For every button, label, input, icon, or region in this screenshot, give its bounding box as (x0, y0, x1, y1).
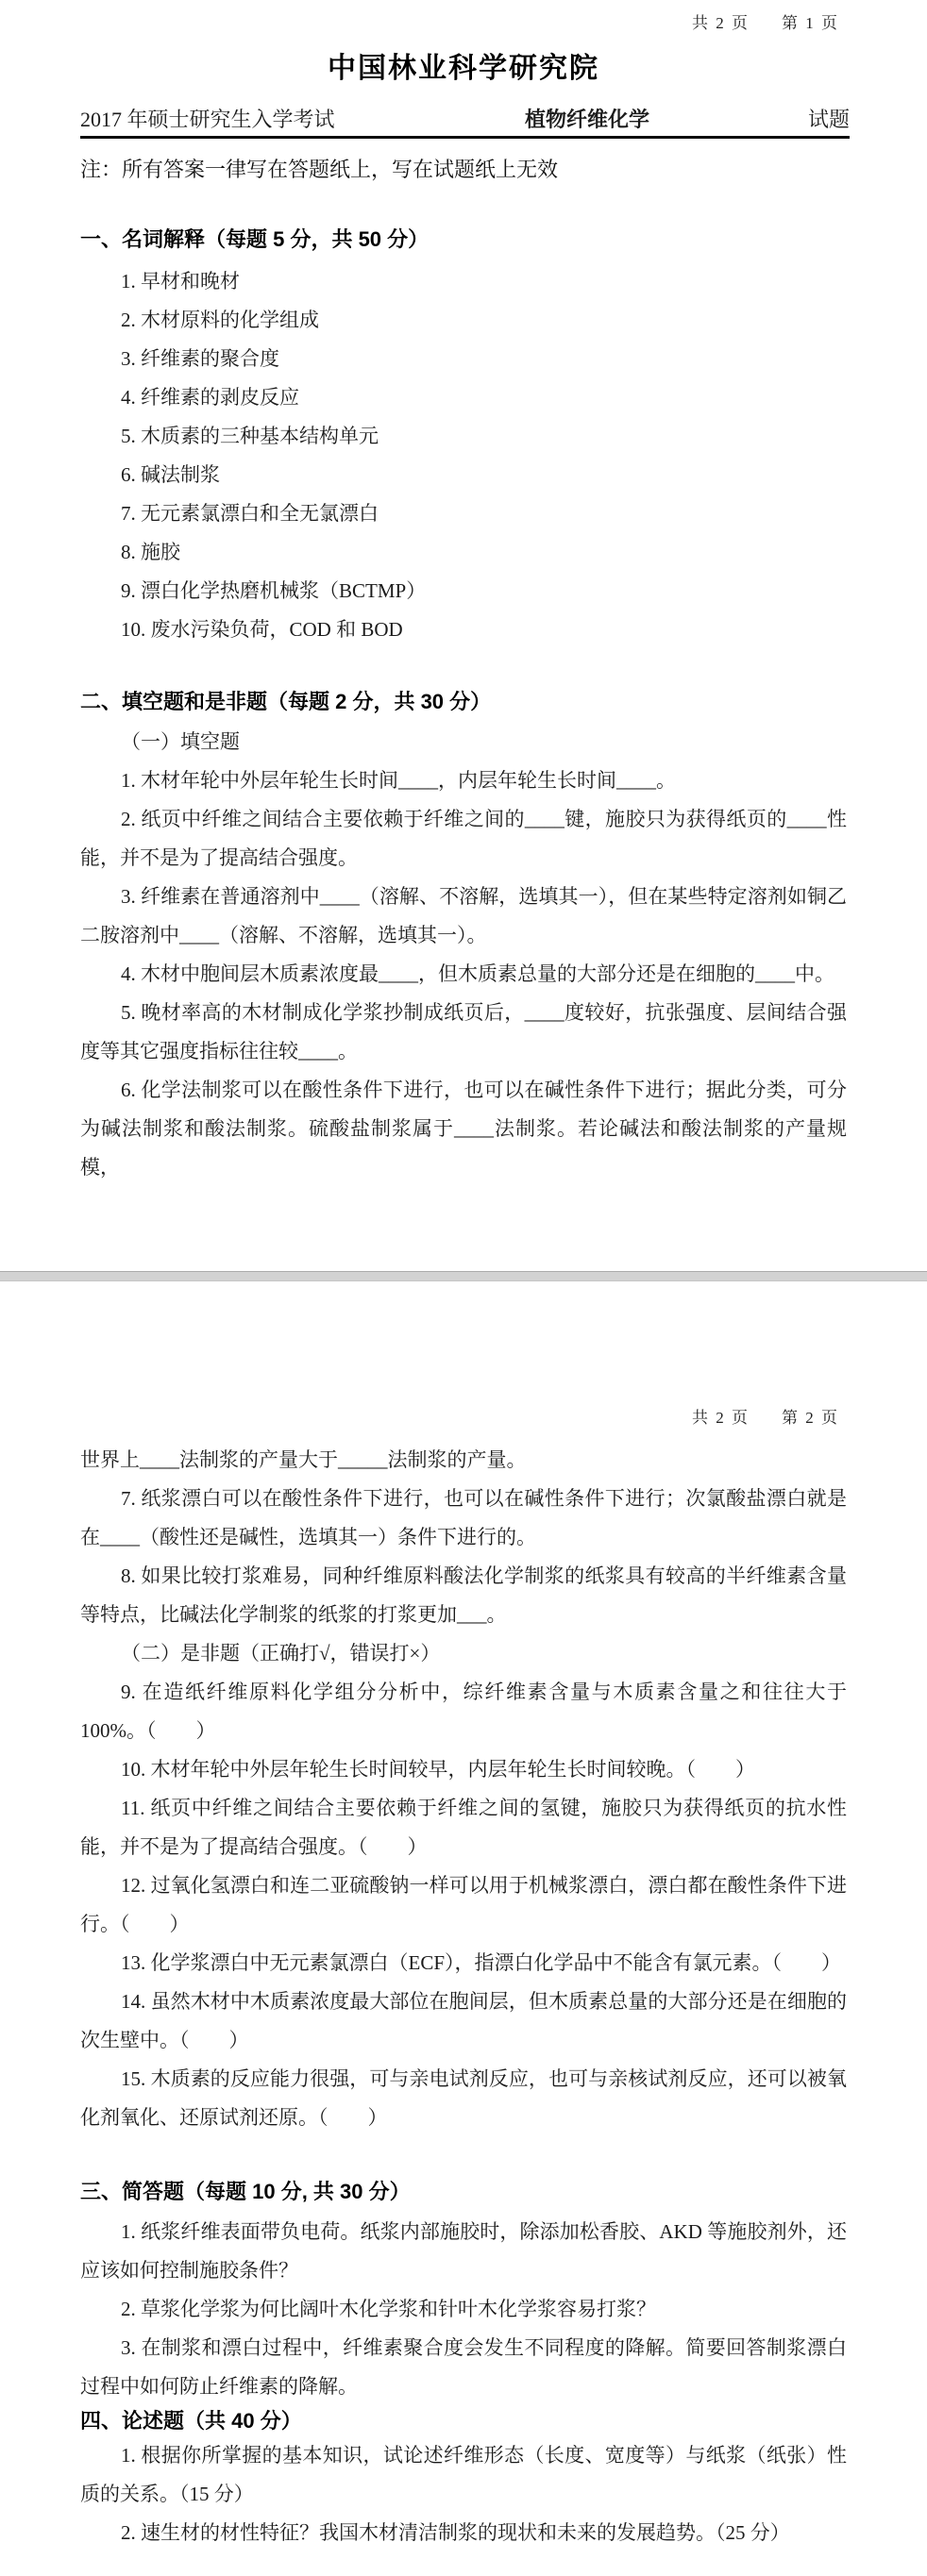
term-item: 5. 木质素的三种基本结构单元 (80, 417, 847, 456)
short-answer-item: 1. 纸浆纤维表面带负电荷。纸浆内部施胶时，除添加松香胶、AKD 等施胶剂外，还… (80, 2213, 847, 2290)
term-item: 10. 废水污染负荷，COD 和 BOD (80, 611, 847, 649)
term-item: 8. 施胶 (80, 533, 847, 572)
page-number-label: 第 2 页 (782, 1409, 839, 1427)
fill-blank-list: 1. 木材年轮中外层年轮生长时间____，内层年轮生长时间____。 2. 纸页… (80, 761, 847, 1187)
exam-paper-label: 试题 (808, 104, 850, 133)
page-header: 共 2 页第 2 页 (0, 1281, 927, 1428)
subsection-truefalse-heading: （二）是非题（正确打√，错误打×） (80, 1634, 847, 1673)
exam-info-line: 2017 年硕士研究生入学考试 植物纤维化学 试题 (80, 104, 850, 139)
fill-blank-list: 7. 纸浆漂白可以在酸性条件下进行，也可以在碱性条件下进行；次氯酸盐漂白就是在_… (80, 1480, 847, 1634)
page-count-label: 共 2 页 (692, 14, 750, 32)
truefalse-item: 11. 纸页中纤维之间结合主要依赖于纤维之间的氢键，施胶只为获得纸页的抗水性能，… (80, 1789, 847, 1866)
term-item: 6. 碱法制浆 (80, 456, 847, 494)
term-list: 1. 早材和晚材 2. 木材原料的化学组成 3. 纤维素的聚合度 4. 纤维素的… (80, 262, 847, 649)
truefalse-item: 15. 木质素的反应能力很强，可与亲电试剂反应，也可与亲核试剂反应，还可以被氧化… (80, 2060, 847, 2137)
section-4-heading: 四、论述题（共 40 分） (80, 2406, 847, 2436)
page-2-content: 世界上____法制浆的产量大于_____法制浆的产量。 7. 纸浆漂白可以在酸性… (80, 1441, 847, 2552)
short-answer-list: 1. 纸浆纤维表面带负电荷。纸浆内部施胶时，除添加松香胶、AKD 等施胶剂外，还… (80, 2213, 847, 2406)
truefalse-item: 10. 木材年轮中外层年轮生长时间较早，内层年轮生长时间较晚。（ ） (80, 1750, 847, 1789)
short-answer-item: 2. 草浆化学浆为何比阔叶木化学浆和针叶木化学浆容易打浆？ (80, 2290, 847, 2329)
fill-item: 7. 纸浆漂白可以在酸性条件下进行，也可以在碱性条件下进行；次氯酸盐漂白就是在_… (80, 1480, 847, 1557)
page-header: 共 2 页第 1 页 (0, 0, 927, 33)
page-number-label: 第 1 页 (782, 14, 839, 32)
page-count-label: 共 2 页 (692, 1409, 750, 1427)
exam-year-label: 2017 年硕士研究生入学考试 (80, 104, 335, 133)
truefalse-item: 13. 化学浆漂白中无元素氯漂白（ECF），指漂白化学品中不能含有氯元素。（ ） (80, 1944, 847, 1982)
fill-item: 3. 纤维素在普通溶剂中____（溶解、不溶解，选填其一），但在某些特定溶剂如铜… (80, 878, 847, 955)
answer-note: 注：所有答案一律写在答题纸上，写在试题纸上无效 (80, 154, 847, 183)
exam-page-1: 共 2 页第 1 页 中国林业科学研究院 2017 年硕士研究生入学考试 植物纤… (0, 0, 927, 1271)
term-item: 4. 纤维素的剥皮反应 (80, 378, 847, 417)
fill-item-continuation: 世界上____法制浆的产量大于_____法制浆的产量。 (80, 1441, 847, 1480)
section-3-heading: 三、简答题（每题 10 分, 共 30 分） (80, 2177, 847, 2207)
exam-subject-label: 植物纤维化学 (525, 104, 649, 133)
truefalse-list: 9. 在造纸纤维原料化学组分分析中，综纤维素含量与木质素含量之和往往大于100%… (80, 1673, 847, 2137)
fill-item: 2. 纸页中纤维之间结合主要依赖于纤维之间的____键，施胶只为获得纸页的___… (80, 800, 847, 878)
fill-item: 5. 晚材率高的木材制成化学浆抄制成纸页后，____度较好，抗张强度、层间结合强… (80, 994, 847, 1071)
essay-item: 1. 根据你所掌握的基本知识，试论述纤维形态（长度、宽度等）与纸浆（纸张）性质的… (80, 2436, 847, 2514)
subsection-fill-heading: （一）填空题 (80, 723, 847, 761)
fill-item: 1. 木材年轮中外层年轮生长时间____，内层年轮生长时间____。 (80, 761, 847, 800)
fill-item: 6. 化学法制浆可以在酸性条件下进行，也可以在碱性条件下进行；据此分类，可分为碱… (80, 1071, 847, 1187)
institution-title: 中国林业科学研究院 (0, 44, 927, 86)
term-item: 2. 木材原料的化学组成 (80, 301, 847, 340)
essay-list: 1. 根据你所掌握的基本知识，试论述纤维形态（长度、宽度等）与纸浆（纸张）性质的… (80, 2436, 847, 2552)
page-1-content: 一、名词解释（每题 5 分，共 50 分） 1. 早材和晚材 2. 木材原料的化… (80, 225, 847, 1187)
fill-item: 4. 木材中胞间层木质素浓度最____，但木质素总量的大部分还是在细胞的____… (80, 955, 847, 994)
short-answer-item: 3. 在制浆和漂白过程中，纤维素聚合度会发生不同程度的降解。简要回答制浆漂白过程… (80, 2329, 847, 2406)
essay-item: 2. 速生材的材性特征？我国木材清洁制浆的现状和未来的发展趋势。（25 分） (80, 2514, 847, 2552)
page-divider (0, 1271, 927, 1281)
section-1-heading: 一、名词解释（每题 5 分，共 50 分） (80, 225, 847, 255)
section-2-heading: 二、填空题和是非题（每题 2 分，共 30 分） (80, 687, 847, 717)
fill-item: 8. 如果比较打浆难易，同种纤维原料酸法化学制浆的纸浆具有较高的半纤维素含量等特… (80, 1557, 847, 1634)
term-item: 7. 无元素氯漂白和全无氯漂白 (80, 494, 847, 533)
exam-page-2: 共 2 页第 2 页 世界上____法制浆的产量大于_____法制浆的产量。 7… (0, 1281, 927, 2576)
truefalse-item: 12. 过氧化氢漂白和连二亚硫酸钠一样可以用于机械浆漂白，漂白都在酸性条件下进行… (80, 1866, 847, 1944)
term-item: 3. 纤维素的聚合度 (80, 340, 847, 378)
term-item: 1. 早材和晚材 (80, 262, 847, 301)
term-item: 9. 漂白化学热磨机械浆（BCTMP） (80, 572, 847, 611)
truefalse-item: 14. 虽然木材中木质素浓度最大部位在胞间层，但木质素总量的大部分还是在细胞的次… (80, 1982, 847, 2060)
truefalse-item: 9. 在造纸纤维原料化学组分分析中，综纤维素含量与木质素含量之和往往大于100%… (80, 1673, 847, 1750)
